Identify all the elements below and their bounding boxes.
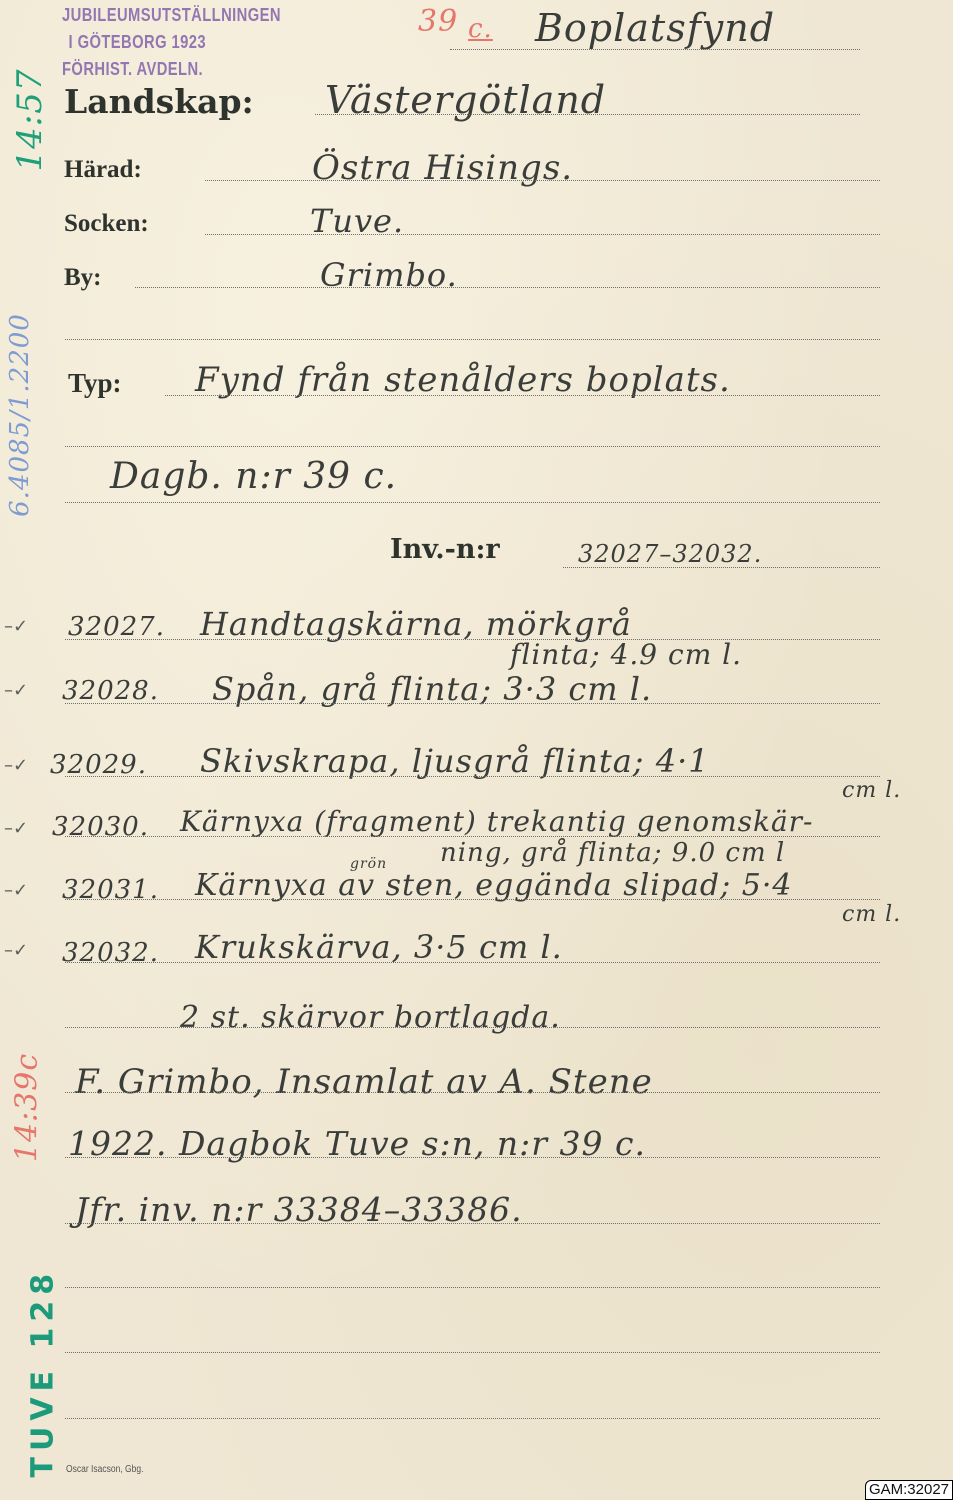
margin-green-reference: 14:57 [10, 60, 50, 180]
inventory-range: 32027–32032. [578, 540, 762, 568]
blank-dotted-line-3 [65, 1287, 880, 1288]
item-number: 32027. [68, 612, 165, 642]
blank-dotted-line-5 [65, 1418, 880, 1419]
item-description: Kärnyxa (fragment) trekantig genomskär- [180, 805, 814, 838]
header-red-number: 39 [418, 4, 458, 39]
item-check-mark: –✓ [4, 818, 28, 839]
item-continuation: cm l. [842, 778, 901, 803]
by-dotted-line [135, 287, 880, 288]
item-dotted-line [65, 703, 880, 704]
harad-value: Östra Hisings. [312, 148, 573, 188]
blank-dotted-line-1 [65, 339, 880, 340]
typ-dotted-line [165, 395, 880, 396]
landskap-dotted-line [315, 114, 860, 115]
socken-dotted-line [205, 234, 880, 235]
header-dotted-line [450, 49, 860, 50]
item-description: Kärnyxa av sten, eggända slipad; 5·4 [195, 868, 792, 903]
socken-label: Socken: [64, 210, 149, 238]
catalog-id-label: GAM:32027 [865, 1480, 953, 1500]
blank-dotted-line-4 [65, 1352, 880, 1353]
item-check-mark: –✓ [4, 880, 28, 901]
inventory-label: Inv.-n:r [390, 534, 500, 565]
note-dotted-line [65, 1157, 880, 1158]
item-number: 32028. [62, 676, 159, 706]
note-line: F. Grimbo, Insamlat av A. Stene [75, 1062, 653, 1102]
inventory-dotted-line [563, 567, 880, 568]
item-number: 32031. [62, 875, 159, 905]
dagbok-note: Dagb. n:r 39 c. [110, 456, 397, 497]
stamp-line-2: I GÖTEBORG 1923 [62, 29, 281, 56]
header-category: Boplatsfynd [535, 6, 775, 50]
exhibition-stamp: JUBILEUMSUTSTÄLLNINGEN I GÖTEBORG 1923 F… [62, 2, 281, 83]
blank-dotted-line-2 [65, 446, 880, 447]
item-check-mark: –✓ [4, 680, 28, 701]
note-line: 2 st. skärvor bortlagda. [180, 1000, 561, 1035]
item-description: Skivskrapa, ljusgrå flinta; 4·1 [200, 742, 710, 780]
header-red-letter: c. [468, 14, 493, 44]
typ-label: Typ: [68, 368, 122, 399]
item-check-mark: –✓ [4, 940, 28, 961]
margin-red-reference: 14:39c [10, 1043, 45, 1173]
by-value: Grimbo. [320, 256, 458, 294]
item-description: Krukskärva, 3·5 cm l. [195, 928, 563, 966]
note-dotted-line [65, 1092, 880, 1093]
item-check-mark: –✓ [4, 616, 28, 637]
printer-imprint: Oscar Isacson, Gbg. [66, 1464, 143, 1475]
item-continuation: flinta; 4.9 cm l. [510, 638, 742, 671]
landskap-label: Landskap: [64, 82, 254, 121]
margin-blue-reference: 6.4085/1.2200 [5, 280, 35, 550]
item-dotted-line [65, 639, 880, 640]
harad-dotted-line [205, 180, 880, 181]
item-continuation: cm l. [842, 902, 901, 927]
item-dotted-line [65, 836, 880, 837]
item-dotted-line [65, 776, 880, 777]
dagbok-dotted-line [65, 502, 880, 503]
note-dotted-line [65, 1027, 880, 1028]
note-dotted-line [65, 1223, 880, 1224]
item-check-mark: –✓ [4, 755, 28, 776]
typ-value: Fynd från stenålders boplats. [195, 360, 731, 400]
item-dotted-line [65, 962, 880, 963]
item-number: 32030. [52, 812, 149, 842]
parish-stamp: TUVE 128 [26, 1288, 61, 1478]
item-dotted-line [65, 899, 880, 900]
harad-label: Härad: [64, 156, 142, 184]
item-number: 32032. [62, 938, 159, 968]
landskap-value: Västergötland [325, 78, 606, 122]
stamp-line-1: JUBILEUMSUTSTÄLLNINGEN [62, 2, 281, 29]
item-continuation: ning, grå flinta; 9.0 cm l [440, 838, 785, 868]
stamp-line-3: FÖRHIST. AVDELN. [62, 56, 281, 83]
by-label: By: [64, 264, 102, 292]
